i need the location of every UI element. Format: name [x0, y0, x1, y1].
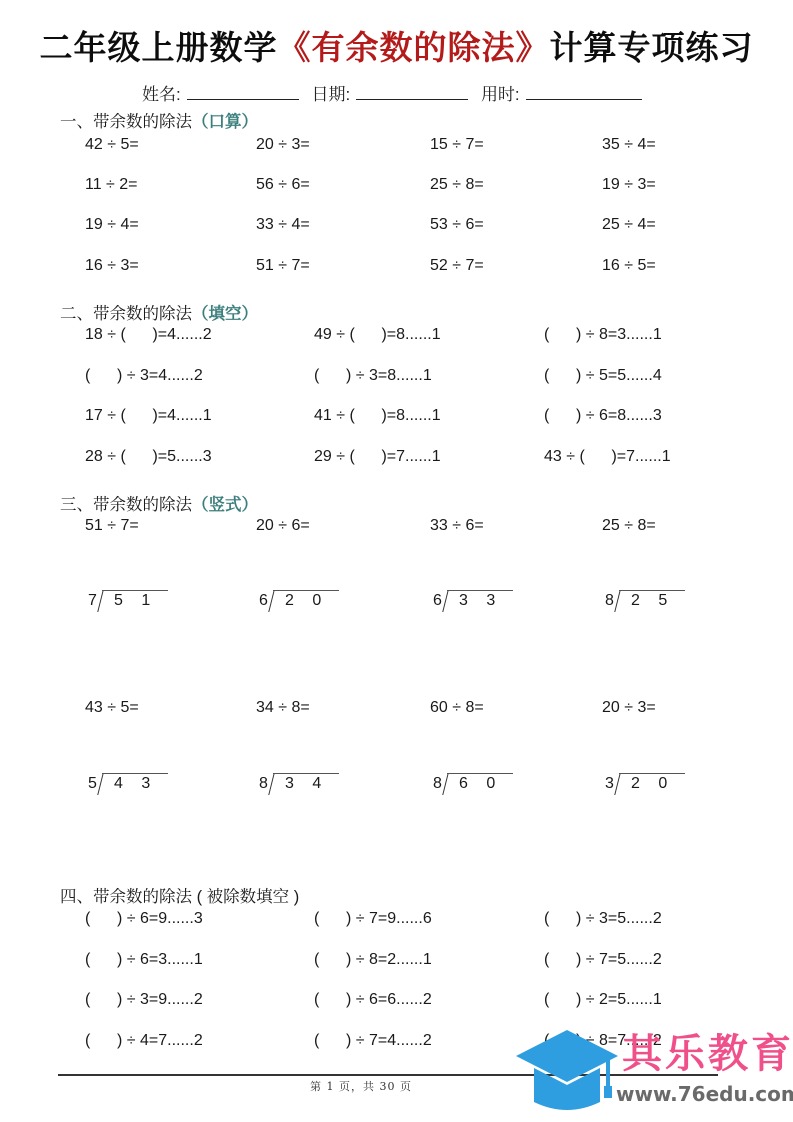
student-info-line: 姓名: 日期: 用时: [142, 80, 650, 105]
section-1-heading: 一、带余数的除法（口算） [60, 108, 258, 132]
section-3-title: 三、带余数的除法 [60, 496, 192, 514]
graduation-cap-icon [512, 1022, 622, 1117]
problem: 19 ÷ 4= [85, 216, 139, 234]
dividend-blank-problem: ( ) ÷ 3=9......2 [85, 991, 203, 1009]
problem: 33 ÷ 4= [256, 216, 310, 234]
dividend: 3 4 [285, 775, 328, 793]
dividend-blank-problem: ( ) ÷ 6=3......1 [85, 951, 203, 969]
bracket-bar [273, 590, 339, 591]
vertical-problem: 33 ÷ 6= [430, 517, 484, 535]
long-division-bracket: 63 3 [433, 592, 518, 614]
problem: 11 ÷ 2= [85, 176, 138, 194]
problem: 53 ÷ 6= [430, 216, 484, 234]
bracket-bar [273, 773, 339, 774]
dividend: 2 0 [285, 592, 328, 610]
bracket-slash [614, 773, 620, 795]
bracket-slash [97, 590, 103, 612]
dividend: 4 3 [114, 775, 157, 793]
fill-blank-problem: ( ) ÷ 8=3......1 [544, 326, 662, 344]
divisor: 8 [605, 592, 614, 610]
divisor: 7 [88, 592, 97, 610]
brand-url: www.76edu.com [616, 1082, 793, 1106]
page-number: 第 1 页，共 30 页 [310, 1078, 412, 1094]
divisor: 5 [88, 775, 97, 793]
brand-watermark: 其乐教育 www.76edu.com [512, 1022, 793, 1122]
time-label: 用时: [481, 80, 520, 105]
fill-blank-problem: 49 ÷ ( )=8......1 [314, 326, 441, 344]
fill-blank-problem: ( ) ÷ 3=4......2 [85, 367, 203, 385]
bracket-bar [447, 773, 513, 774]
bracket-slash [442, 590, 448, 612]
section-4-heading: 四、带余数的除法 ( 被除数填空 ) [60, 883, 299, 907]
problem: 20 ÷ 3= [256, 136, 310, 154]
page-title: 二年级上册数学《有余数的除法》计算专项练习 [0, 22, 793, 69]
dividend-blank-problem: ( ) ÷ 6=6......2 [314, 991, 432, 1009]
vertical-problem: 25 ÷ 8= [602, 517, 656, 535]
section-2-title: 二、带余数的除法 [60, 305, 192, 323]
bracket-bar [102, 773, 168, 774]
dividend: 2 5 [631, 592, 674, 610]
divisor: 6 [433, 592, 442, 610]
long-division-bracket: 83 4 [259, 775, 344, 797]
problem: 35 ÷ 4= [602, 136, 656, 154]
dividend-blank-problem: ( ) ÷ 7=4......2 [314, 1032, 432, 1050]
dividend-blank-problem: ( ) ÷ 8=2......1 [314, 951, 432, 969]
bracket-slash [442, 773, 448, 795]
date-blank[interactable] [356, 85, 468, 100]
divisor: 8 [433, 775, 442, 793]
problem: 42 ÷ 5= [85, 136, 139, 154]
title-prefix: 二年级上册数学 [40, 28, 278, 67]
problem: 25 ÷ 8= [430, 176, 484, 194]
fill-blank-problem: 18 ÷ ( )=4......2 [85, 326, 212, 344]
problem: 19 ÷ 3= [602, 176, 656, 194]
divisor: 8 [259, 775, 268, 793]
time-blank[interactable] [526, 85, 642, 100]
divisor: 3 [605, 775, 614, 793]
section-2-heading: 二、带余数的除法（填空） [60, 300, 258, 324]
fill-blank-problem: ( ) ÷ 5=5......4 [544, 367, 662, 385]
section-1-tag: （口算） [192, 113, 258, 131]
long-division-bracket: 32 0 [605, 775, 690, 797]
vertical-problem: 20 ÷ 6= [256, 517, 310, 535]
fill-blank-problem: 41 ÷ ( )=8......1 [314, 407, 441, 425]
bracket-bar [447, 590, 513, 591]
section-1-title: 一、带余数的除法 [60, 113, 192, 131]
section-4-title: 四、带余数的除法 ( 被除数填空 ) [60, 888, 299, 906]
date-label: 日期: [311, 80, 350, 105]
section-3-heading: 三、带余数的除法（竖式） [60, 491, 258, 515]
vertical-problem: 20 ÷ 3= [602, 699, 656, 717]
dividend: 5 1 [114, 592, 157, 610]
fill-blank-problem: 43 ÷ ( )=7......1 [544, 448, 671, 466]
vertical-problem: 51 ÷ 7= [85, 517, 139, 535]
bracket-bar [619, 773, 685, 774]
dividend: 6 0 [459, 775, 502, 793]
fill-blank-problem: 28 ÷ ( )=5......3 [85, 448, 212, 466]
vertical-problem: 34 ÷ 8= [256, 699, 310, 717]
bracket-slash [97, 773, 103, 795]
dividend-blank-problem: ( ) ÷ 7=5......2 [544, 951, 662, 969]
long-division-bracket: 54 3 [88, 775, 173, 797]
bracket-slash [268, 773, 274, 795]
dividend: 2 0 [631, 775, 674, 793]
section-3-tag: （竖式） [192, 496, 258, 514]
long-division-bracket: 62 0 [259, 592, 344, 614]
bracket-slash [614, 590, 620, 612]
problem: 52 ÷ 7= [430, 257, 484, 275]
problem: 16 ÷ 3= [85, 257, 139, 275]
name-blank[interactable] [187, 85, 299, 100]
fill-blank-problem: 17 ÷ ( )=4......1 [85, 407, 212, 425]
bracket-bar [102, 590, 168, 591]
problem: 56 ÷ 6= [256, 176, 310, 194]
long-division-bracket: 82 5 [605, 592, 690, 614]
bracket-slash [268, 590, 274, 612]
vertical-problem: 60 ÷ 8= [430, 699, 484, 717]
dividend: 3 3 [459, 592, 502, 610]
dividend-blank-problem: ( ) ÷ 7=9......6 [314, 910, 432, 928]
fill-blank-problem: ( ) ÷ 6=8......3 [544, 407, 662, 425]
fill-blank-problem: ( ) ÷ 3=8......1 [314, 367, 432, 385]
fill-blank-problem: 29 ÷ ( )=7......1 [314, 448, 441, 466]
problem: 15 ÷ 7= [430, 136, 484, 154]
title-highlight: 《有余数的除法》 [278, 28, 550, 67]
dividend-blank-problem: ( ) ÷ 2=5......1 [544, 991, 662, 1009]
problem: 16 ÷ 5= [602, 257, 656, 275]
name-label: 姓名: [142, 80, 181, 105]
vertical-problem: 43 ÷ 5= [85, 699, 139, 717]
section-2-tag: （填空） [192, 305, 258, 323]
dividend-blank-problem: ( ) ÷ 3=5......2 [544, 910, 662, 928]
long-division-bracket: 86 0 [433, 775, 518, 797]
bracket-bar [619, 590, 685, 591]
dividend-blank-problem: ( ) ÷ 4=7......2 [85, 1032, 203, 1050]
brand-name: 其乐教育 [622, 1022, 793, 1079]
problem: 25 ÷ 4= [602, 216, 656, 234]
long-division-bracket: 75 1 [88, 592, 173, 614]
divisor: 6 [259, 592, 268, 610]
dividend-blank-problem: ( ) ÷ 6=9......3 [85, 910, 203, 928]
problem: 51 ÷ 7= [256, 257, 310, 275]
title-suffix: 计算专项练习 [550, 28, 754, 67]
